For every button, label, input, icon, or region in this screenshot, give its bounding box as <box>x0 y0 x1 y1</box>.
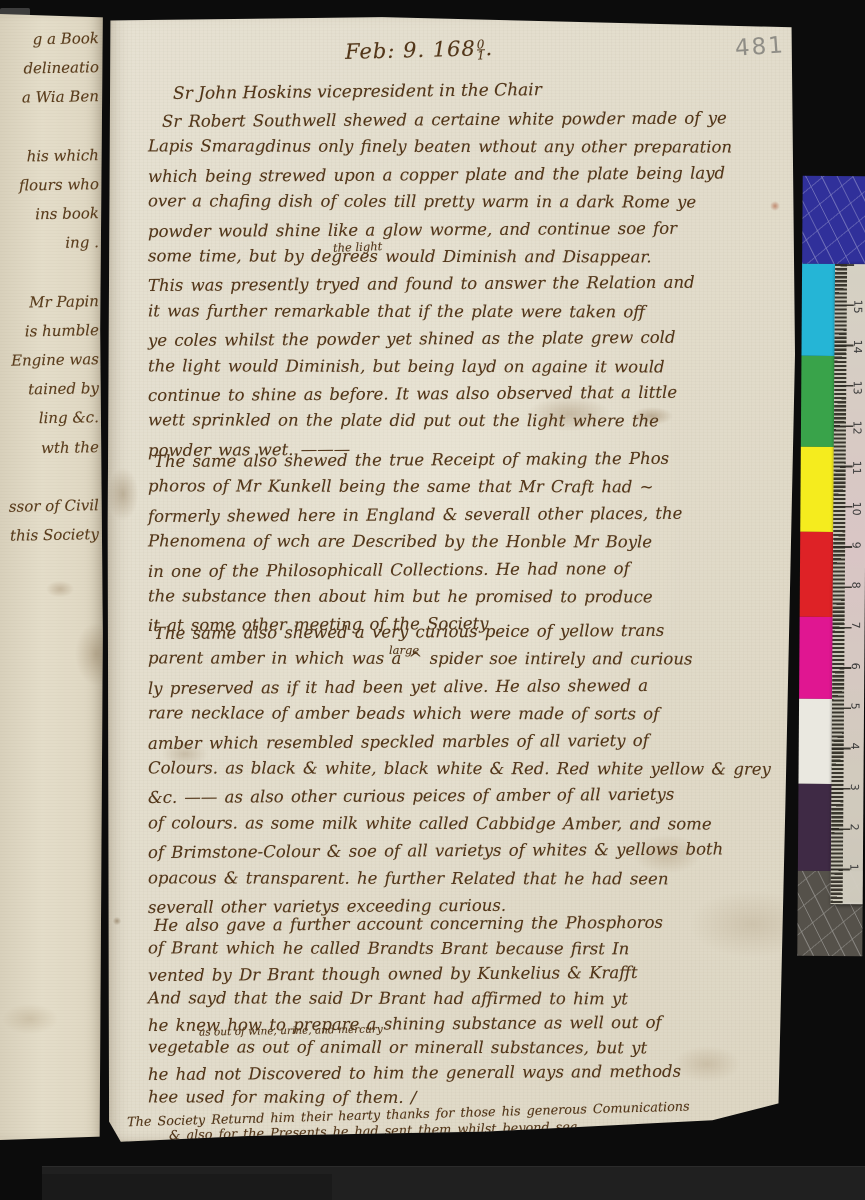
manuscript-line: ye coles whilst the powder yet shined as… <box>148 327 793 358</box>
facing-page-fragment: ssor of Civil <box>0 496 99 527</box>
ruler-number: 7 <box>849 622 862 636</box>
manuscript-line: continue to shine as before. It was also… <box>148 382 793 413</box>
manuscript-line: This was presently tryed and found to an… <box>148 272 793 303</box>
facing-page-fragment: flours who <box>0 175 99 206</box>
facing-page-text-fragments: g a Bookdelineatioa Wia Benhis whichflou… <box>0 30 99 555</box>
color-patch-red <box>800 532 834 617</box>
manuscript-line: vented by Dr Brant though owned by Kunke… <box>148 962 793 991</box>
manuscript-line: formerly shewed here in England & severa… <box>148 503 793 534</box>
manuscript-line: it was further remarkable that if the pl… <box>148 301 793 330</box>
facing-page-fragment: g a Book <box>0 29 99 60</box>
facing-page-fragment: wth the <box>0 438 99 469</box>
color-patch-column <box>798 264 835 871</box>
manuscript-line: he had not Discovered to him the general… <box>148 1061 793 1090</box>
ruler-number: 3 <box>848 783 861 797</box>
color-patch-white <box>798 699 832 784</box>
manuscript-line: The same also shewed a very curious peic… <box>148 620 793 651</box>
color-patch-aubergine <box>798 784 832 871</box>
manuscript-line: some time, but by degrees would Diminish… <box>148 246 793 275</box>
manuscript-line: of colours. as some milk white called Ca… <box>148 813 793 842</box>
facing-page-fragment: delineatio <box>0 58 99 89</box>
paragraph-powder-experiment: Sr Robert Southwell shewed a certaine wh… <box>148 110 793 466</box>
ruler-number: 9 <box>850 541 863 555</box>
facing-page-fragment: ling &c. <box>0 409 99 440</box>
ruler-number: 1 <box>847 864 860 878</box>
manuscript-line: the light would Diminish, but being layd… <box>148 356 793 385</box>
manuscript-line: Phenomena of wch are Described by the Ho… <box>148 531 793 560</box>
manuscript-line: in one of the Philosophicall Collections… <box>148 558 793 589</box>
facing-page-fragment: ins book <box>0 204 99 235</box>
ruler-number: 8 <box>849 582 862 596</box>
manuscript-line: powder would shine like a glow worme, an… <box>148 218 793 249</box>
manuscript-line: &c. —— as also other curious peices of a… <box>148 784 793 815</box>
folio-number: 481 <box>734 32 786 61</box>
manuscript-line: of Brimstone-Colour & soe of all variety… <box>148 839 793 870</box>
interlineation-large: large <box>389 643 419 657</box>
manuscript-line: Lapis Smaragdinus only finely beaten wth… <box>148 137 793 166</box>
manuscript-line: Sr Robert Southwell shewed a certaine wh… <box>148 108 793 139</box>
ruler-number: 10 <box>850 501 863 515</box>
closing-thanks-lines: The Society Returnd him their hearty tha… <box>127 1106 787 1138</box>
ruler-number: 12 <box>850 421 863 435</box>
ruler-number: 13 <box>851 380 864 394</box>
ruler-number: 5 <box>848 703 861 717</box>
manuscript-line: opacous & transparent. he further Relate… <box>148 868 793 897</box>
facing-page-gap <box>0 263 99 294</box>
photographic-ruler: 151413121110987654321 <box>831 264 865 904</box>
facing-page-gap <box>0 467 99 498</box>
facing-page-fragment: Mr Papin <box>0 292 99 323</box>
facing-page-edge: g a Bookdelineatioa Wia Benhis whichflou… <box>0 14 106 1140</box>
facing-page-fragment: this Society <box>0 525 99 556</box>
facing-page-gap <box>0 117 99 148</box>
color-patch-magenta <box>799 617 833 699</box>
manuscript-line: He also gave a further account concernin… <box>148 912 793 941</box>
facing-page-fragment: his which <box>0 146 99 177</box>
manuscript-line: rare necklace of amber beads which were … <box>148 703 793 732</box>
color-patch-green <box>801 356 835 447</box>
facing-page-fragment: a Wia Ben <box>0 88 99 119</box>
color-patch-cyan <box>801 264 835 356</box>
manuscript-line: of Brant which he called Brandts Brant b… <box>148 938 793 964</box>
manuscript-line: The same also shewed the true Receipt of… <box>148 448 793 479</box>
facing-page-fragment: Engine was <box>0 350 99 381</box>
ruler-number: 11 <box>850 461 863 475</box>
color-patch-navy <box>802 176 865 264</box>
archival-photograph: g a Bookdelineatioa Wia Benhis whichflou… <box>0 0 865 1200</box>
color-patch-yellow <box>800 447 834 532</box>
manuscript-line: amber which resembled speckled marbles o… <box>148 730 793 761</box>
ruler-number: 15 <box>851 300 864 314</box>
ruler-number: 14 <box>851 340 864 354</box>
facing-page-fragment: tained by <box>0 379 99 410</box>
ruler-number: 2 <box>848 824 861 838</box>
date-heading: Feb: 9. 16801. <box>345 36 494 64</box>
manuscript-line: over a chafing dish of coles till pretty… <box>148 191 793 220</box>
facing-page-fragment: ing . <box>0 233 99 264</box>
paragraph-amber: The same also shewed a very curious peic… <box>148 622 793 923</box>
manuscript-line: which being strewed upon a copper plate … <box>148 163 793 194</box>
manuscript-line: parent amber in which was a ^ spider soe… <box>148 649 793 678</box>
mat-frame-step <box>42 1174 332 1200</box>
manuscript-page: 481 Feb: 9. 16801. Sr John Hoskins vicep… <box>107 16 795 1144</box>
date-suffix: . <box>485 36 493 60</box>
chair-line: Sr John Hoskins vicepresident in the Cha… <box>173 80 542 104</box>
facing-page-fragment: is humble <box>0 321 99 352</box>
ruler-number: 4 <box>848 743 861 757</box>
date-main: Feb: 9. 168 <box>345 37 476 64</box>
paragraph-phosphorus-receipt: The same also shewed the true Receipt of… <box>148 450 793 642</box>
manuscript-line: vegetable as out of animall or minerall … <box>148 1038 793 1064</box>
ruler-number: 6 <box>849 662 862 676</box>
manuscript-line: And sayd that the said Dr Brant had affi… <box>148 988 793 1014</box>
manuscript-line: the substance then about him but he prom… <box>148 586 793 615</box>
manuscript-line: phoros of Mr Kunkell being the same that… <box>148 477 793 506</box>
manuscript-line: Colours. as black & white, black white &… <box>148 758 793 787</box>
manuscript-line: ly preserved as if it had been yet alive… <box>148 675 793 706</box>
interlineation-the-light: the light <box>333 239 383 255</box>
paragraph-brandts-phosphorus: He also gave a further account concernin… <box>148 914 793 1113</box>
color-calibration-target: 151413121110987654321 <box>797 176 865 956</box>
manuscript-line: wett sprinkled on the plate did put out … <box>148 411 793 440</box>
